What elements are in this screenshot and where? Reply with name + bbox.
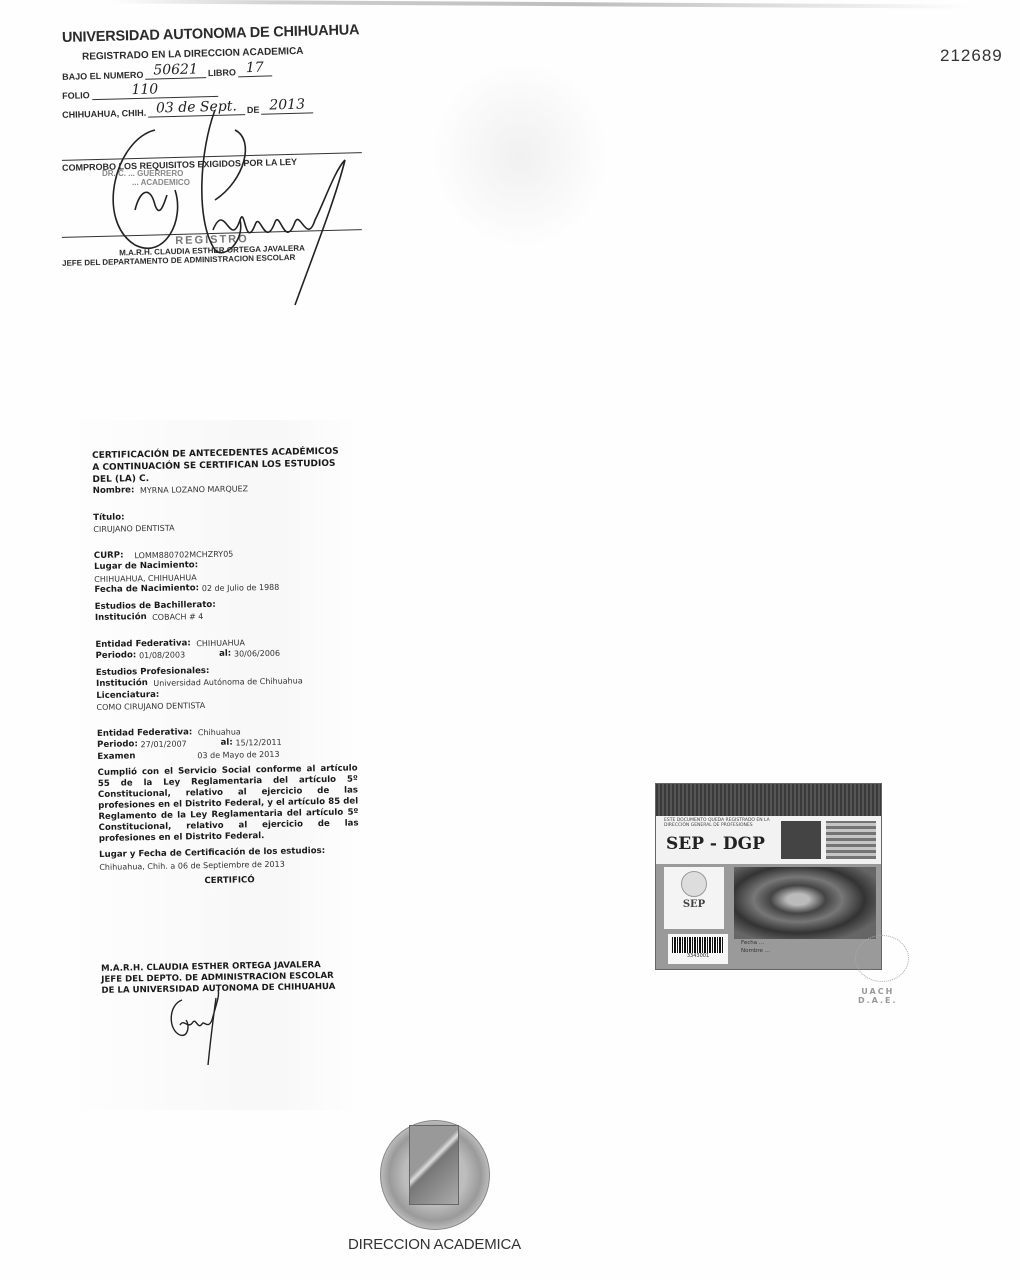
sticker-small-text: ESTE DOCUMENTO QUEDA REGISTRADO EN LA DI… bbox=[664, 818, 784, 828]
examen-label: Examen bbox=[97, 750, 197, 763]
bach-periodo-label: Periodo: bbox=[96, 650, 137, 662]
nombre-label: Nombre: bbox=[93, 485, 135, 497]
scan-edge-streak bbox=[110, 0, 970, 9]
nombre-value: MYRNA LOZANO MARQUEZ bbox=[140, 483, 248, 496]
sep-logo-box: SEP bbox=[664, 867, 724, 929]
prof-entidad-value: Chihuahua bbox=[198, 726, 241, 738]
certifier-signature-icon bbox=[168, 990, 228, 1065]
curp-label: CURP: bbox=[94, 550, 124, 562]
stamp-university: UNIVERSIDAD AUTONOMA DE CHIHUAHUA bbox=[62, 22, 362, 46]
prof-periodo-label: Periodo: bbox=[97, 739, 138, 751]
prof-institucion-label: Institución bbox=[96, 678, 148, 690]
qr-code-icon bbox=[826, 821, 876, 859]
faint-bleed-through-seal bbox=[430, 60, 610, 250]
sep-dgp-sticker: ESTE DOCUMENTO QUEDA REGISTRADO EN LA DI… bbox=[655, 783, 882, 970]
sticker-artwork bbox=[734, 867, 876, 939]
handwritten-signature-icon bbox=[95, 110, 355, 310]
bach-entidad-value: CHIHUAHUA bbox=[196, 637, 245, 649]
uach-seal-text: UACH D.A.E. bbox=[858, 987, 898, 1005]
uach-seal-line: UACH bbox=[858, 987, 898, 996]
mexico-seal-icon bbox=[681, 871, 707, 897]
bach-periodo-to: 30/06/2006 bbox=[234, 648, 280, 660]
bach-periodo-from: 01/08/2003 bbox=[139, 649, 219, 662]
university-seal-icon bbox=[380, 1120, 490, 1230]
folio-value: 110 bbox=[91, 80, 218, 100]
fecha-nac-label: Fecha de Nacimiento: bbox=[94, 583, 199, 596]
prof-al-label: al: bbox=[220, 738, 232, 750]
sticker-title: SEP - DGP bbox=[666, 834, 765, 854]
folio-label: FOLIO bbox=[62, 90, 90, 101]
examen-value: 03 de Mayo de 2013 bbox=[197, 748, 279, 761]
folio-number: 212689 bbox=[940, 46, 1003, 66]
sep-label: SEP bbox=[664, 899, 724, 910]
bach-institucion-label: Institución bbox=[95, 612, 147, 624]
numero-value: 50621 bbox=[145, 61, 206, 80]
servicio-social-text: Cumplió con el Servicio Social conforme … bbox=[98, 763, 359, 845]
sticker-hologram bbox=[781, 821, 821, 859]
bach-al-label: al: bbox=[219, 649, 231, 661]
sticker-header-band bbox=[656, 784, 881, 816]
direccion-academica-label: DIRECCION ACADEMICA bbox=[348, 1236, 521, 1253]
uach-dae-seal bbox=[855, 935, 909, 982]
libro-value: 17 bbox=[238, 59, 272, 77]
seal-emblem bbox=[409, 1125, 459, 1205]
libro-label: LIBRO bbox=[208, 67, 236, 78]
prof-periodo-to: 15/12/2011 bbox=[235, 737, 281, 749]
bach-institucion-value: COBACH # 4 bbox=[152, 611, 203, 623]
numero-label: BAJO EL NUMERO bbox=[62, 70, 144, 82]
fecha-nac-value: 02 de Julio de 1988 bbox=[202, 582, 280, 595]
barcode-icon: 3343001 bbox=[668, 934, 728, 964]
barcode-number: 3343001 bbox=[668, 953, 728, 959]
certification-block: CERTIFICACIÓN DE ANTECEDENTES ACADÉMICOS… bbox=[92, 445, 361, 996]
sticker-lower: SEP 3343001 Fecha ... Nombre ... bbox=[656, 864, 881, 969]
curp-value: LOMM880702MCHZRY05 bbox=[134, 548, 233, 561]
sticker-title-band: ESTE DOCUMENTO QUEDA REGISTRADO EN LA DI… bbox=[656, 816, 881, 864]
uach-seal-line: D.A.E. bbox=[858, 996, 898, 1005]
